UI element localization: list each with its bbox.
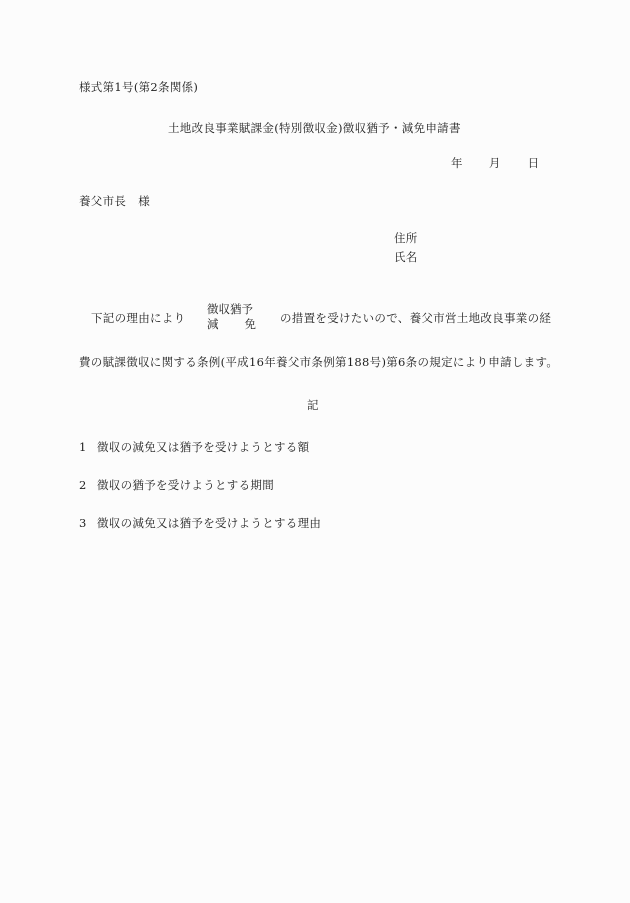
body-text-pre: 下記の理由により <box>91 311 185 325</box>
item-text: 徴収の減免又は猶予を受けようとする理由 <box>97 516 321 530</box>
document-title: 土地改良事業賦課金(特別徴収金)徴収猶予・減免申請書 <box>168 121 461 135</box>
item-number: 2 <box>79 478 97 492</box>
body-text-line2: 費の賦課徴収に関する条例(平成16年養父市条例第188号)第6条の規定により申請… <box>79 355 558 369</box>
date-month-label: 月 <box>489 156 501 170</box>
date-line: 年月日 <box>451 156 539 170</box>
address-label: 住所 <box>394 231 418 245</box>
ki-heading: 記 <box>307 398 319 412</box>
name-label: 氏名 <box>394 250 418 264</box>
choice-reduction-right: 免 <box>245 317 257 332</box>
addressee: 養父市長様 <box>79 194 150 208</box>
item-number: 1 <box>79 440 97 454</box>
list-item: 1徴収の減免又は猶予を受けようとする額 <box>79 440 309 454</box>
choice-deferral: 徴収猶予 <box>207 302 256 317</box>
item-number: 3 <box>79 516 97 530</box>
form-number: 様式第1号(第2条関係) <box>79 80 198 94</box>
addressee-honorific: 様 <box>138 194 150 208</box>
list-item: 2徴収の猶予を受けようとする期間 <box>79 478 274 492</box>
item-text: 徴収の減免又は猶予を受けようとする額 <box>97 440 309 454</box>
choice-reduction: 減 免 <box>207 317 256 332</box>
date-day-label: 日 <box>528 156 540 170</box>
measure-choice: 徴収猶予 減 免 <box>207 302 256 332</box>
addressee-name: 養父市長 <box>79 194 126 208</box>
item-text: 徴収の猶予を受けようとする期間 <box>97 478 274 492</box>
body-text-post: の措置を受けたいので、養父市営土地改良事業の経 <box>280 311 551 325</box>
date-year-label: 年 <box>451 156 463 170</box>
choice-reduction-left: 減 <box>207 317 219 332</box>
list-item: 3徴収の減免又は猶予を受けようとする理由 <box>79 516 321 530</box>
